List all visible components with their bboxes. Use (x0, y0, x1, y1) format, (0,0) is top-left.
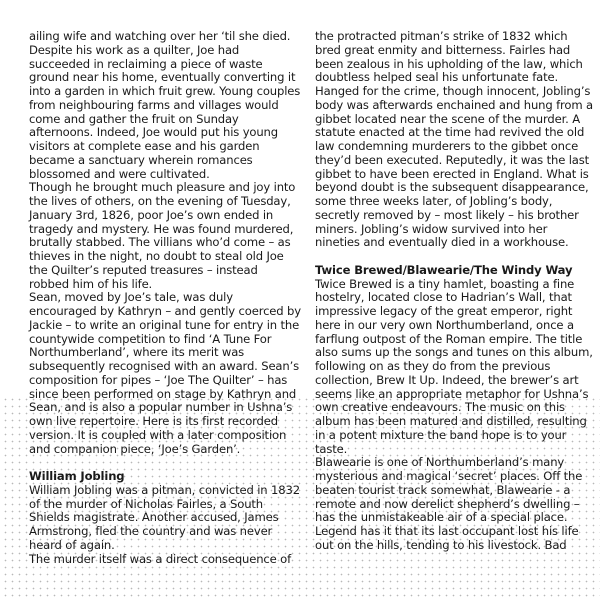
spacer (29, 456, 301, 470)
paragraph: ailing wife and watching over her ‘til s… (29, 30, 301, 181)
left-text-column: ailing wife and watching over her ‘til s… (29, 30, 301, 566)
section-heading-twice-brewed: Twice Brewed/Blawearie/The Windy Way (315, 264, 593, 278)
paragraph: Blawearie is one of Northumberland’s man… (315, 456, 593, 552)
paragraph: Though he brought much pleasure and joy … (29, 181, 301, 291)
spacer (315, 250, 593, 264)
paragraph: Sean, moved by Joe’s tale, was duly enco… (29, 291, 301, 456)
paragraph: the protracted pitman’s strike of 1832 w… (315, 30, 593, 250)
paragraph: William Jobling was a pitman, convicted … (29, 484, 301, 553)
right-text-column: the protracted pitman’s strike of 1832 w… (315, 30, 593, 553)
paragraph: Twice Brewed is a tiny hamlet, boasting … (315, 278, 593, 457)
paragraph: The murder itself was a direct consequen… (29, 553, 301, 567)
section-heading-william-jobling: William Jobling (29, 470, 301, 484)
